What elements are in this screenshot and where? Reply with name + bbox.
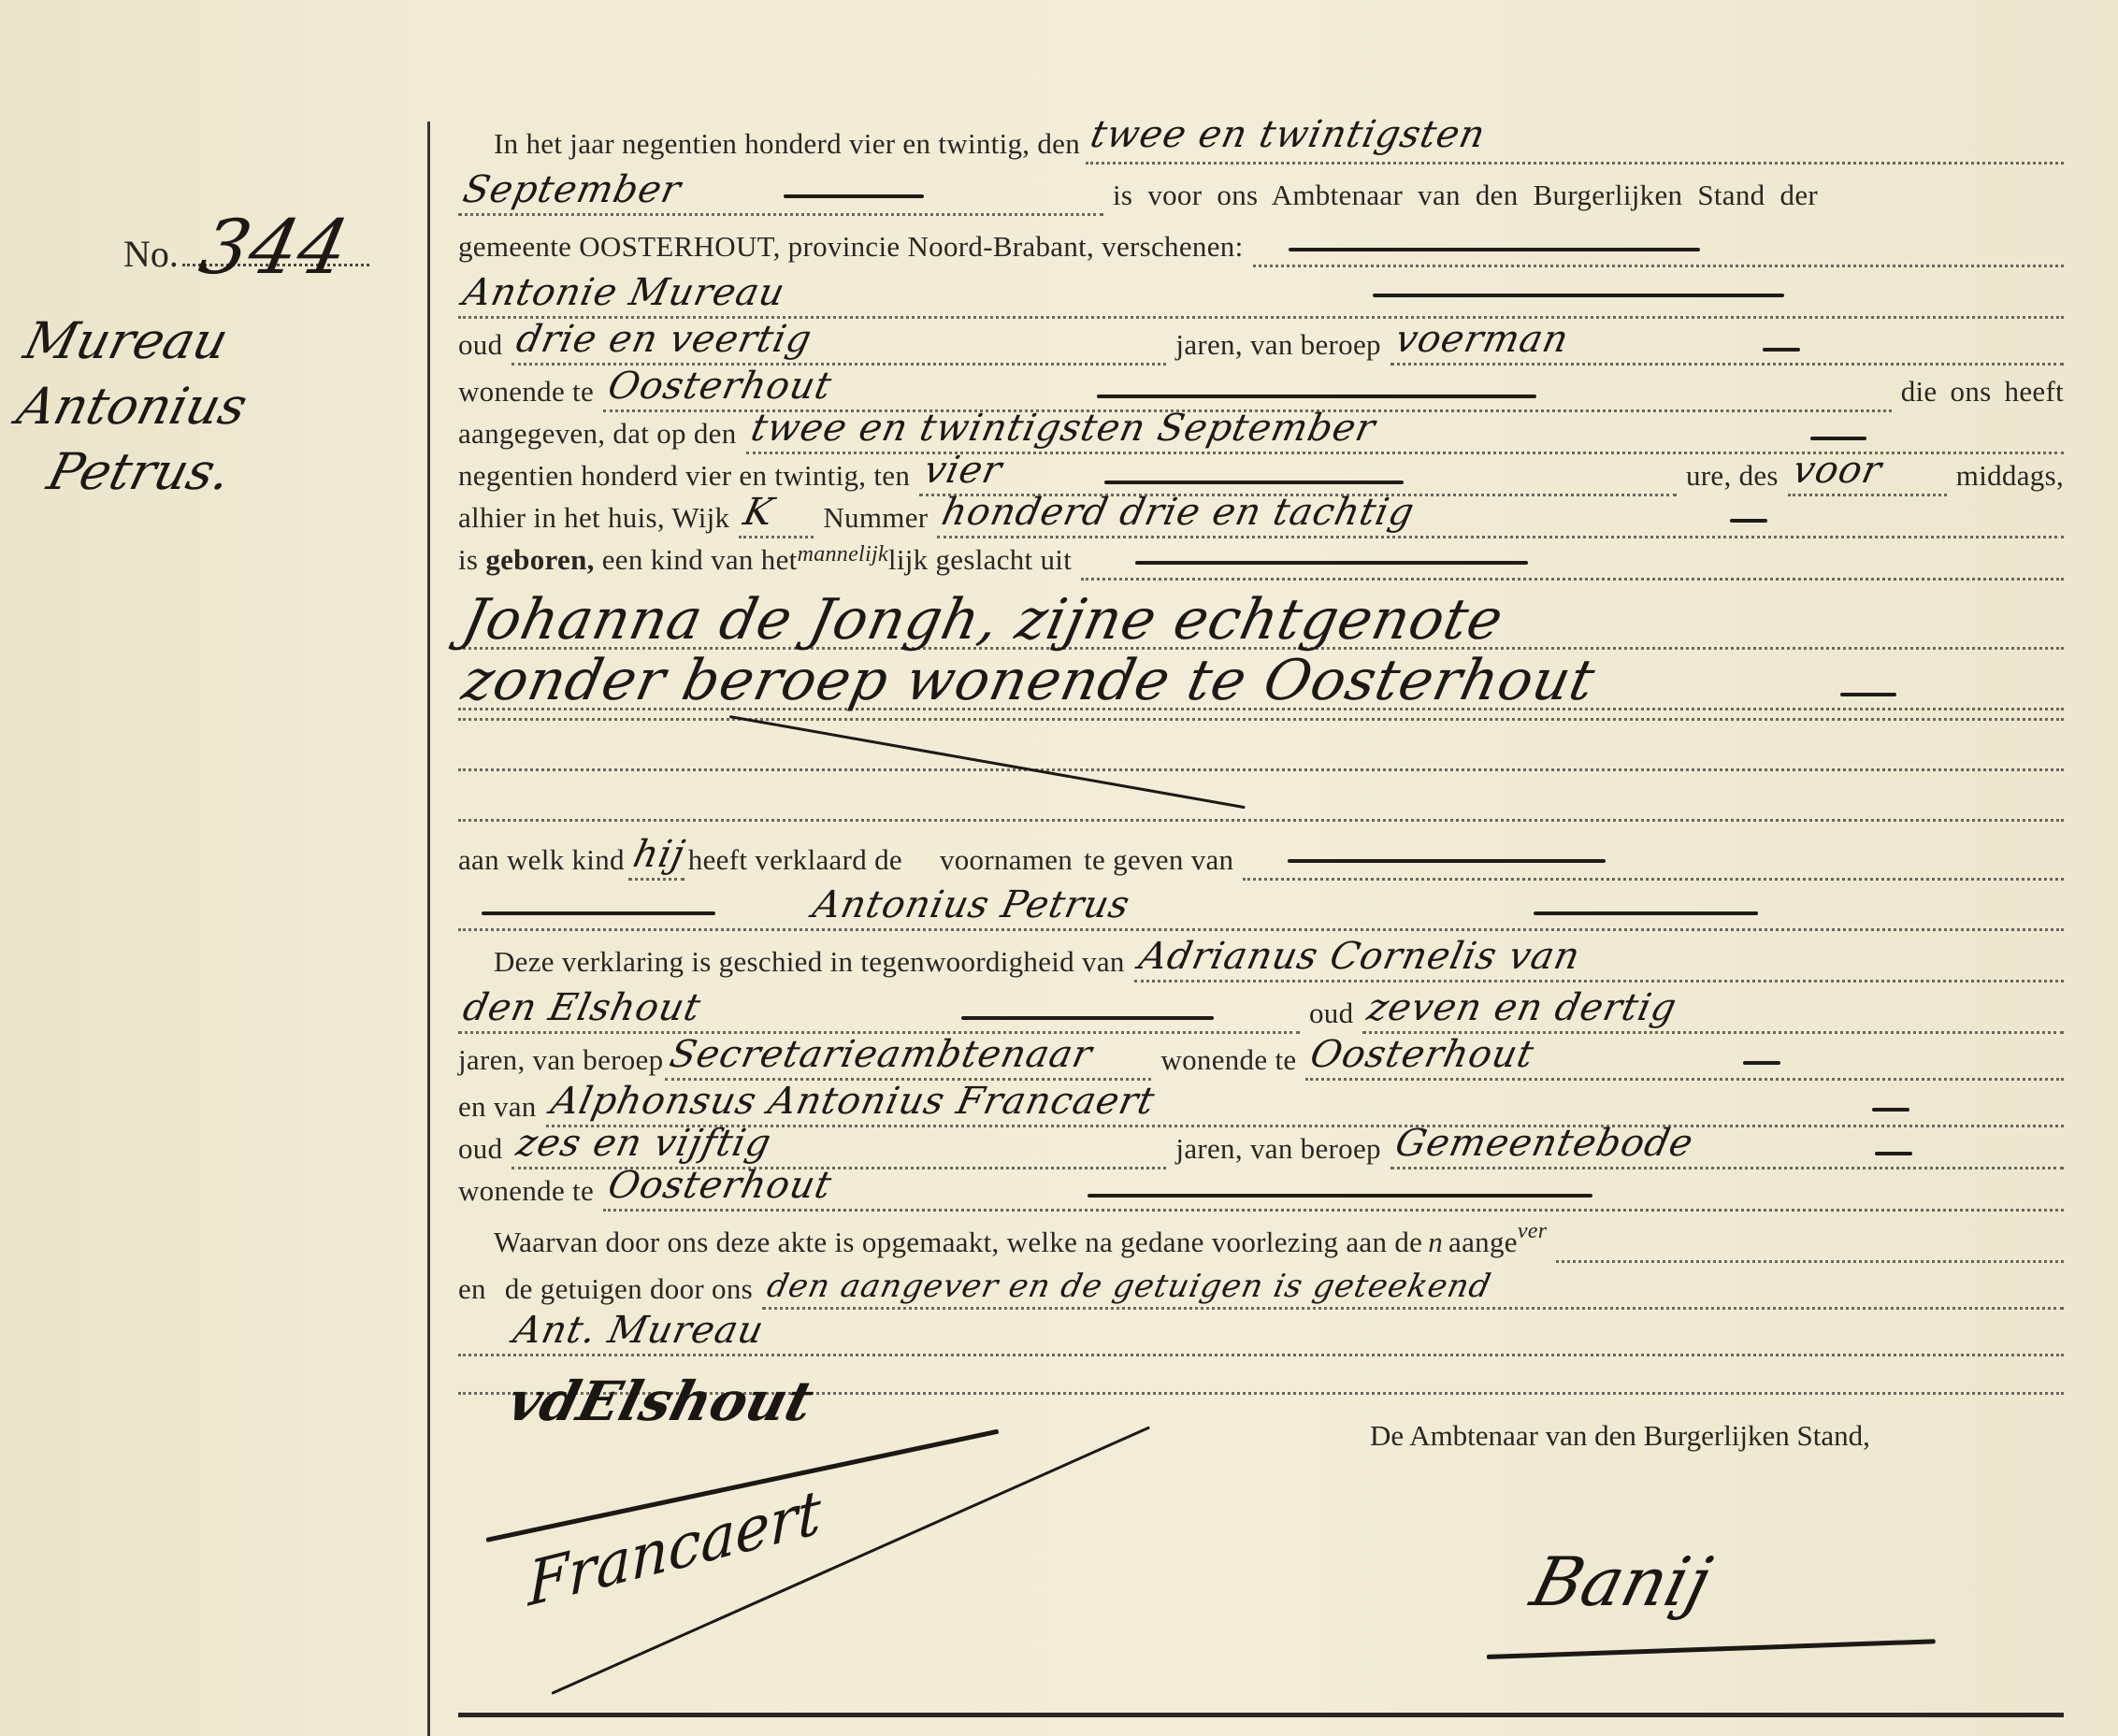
- line-22: en de getuigen door ons den aangever en …: [458, 1267, 2064, 1310]
- line-23: Ant. Mureau: [458, 1313, 2064, 1356]
- line-15: Deze verklaring is geschied in tegenwoor…: [458, 940, 2064, 983]
- line-16: den Elshout oud zeven en dertig: [458, 991, 2064, 1034]
- line-10: is geboren, een kind van het mannelijk l…: [458, 538, 2064, 581]
- line-17: jaren, van beroep Secretarieambtenaar wo…: [458, 1038, 2064, 1081]
- line-12: zonder beroep wonende te Oosterhout: [458, 645, 2064, 710]
- signature-official: Banij: [1524, 1542, 1720, 1621]
- strike-through-stroke: [729, 715, 1246, 809]
- line-1: In het jaar negentien honderd vier en tw…: [458, 122, 2064, 165]
- certificate-page: No. 344 Mureau Antonius Petrus. In het j…: [0, 0, 2118, 1736]
- line-9: alhier in het huis, Wijk K Nummer honder…: [458, 495, 2064, 538]
- margin-rule: [427, 122, 430, 1736]
- line-13: aan welk kind hij heeft verklaard de voo…: [458, 838, 2064, 881]
- line-5: oud drie en veertig jaren, van beroep vo…: [458, 323, 2064, 366]
- line-21: Waarvan door ons deze akte is opgemaakt,…: [458, 1220, 2064, 1263]
- line-2: September is voor ons Ambtenaar van den …: [458, 173, 2064, 216]
- blank-line: [458, 819, 2064, 822]
- margin-note: Mureau Antonius Petrus.: [0, 308, 270, 505]
- blank-line: [458, 718, 2064, 721]
- signature-underline: [1487, 1639, 1936, 1659]
- line-11: Johanna de Jongh, zijne echtgenote: [458, 584, 2064, 650]
- official-label: De Ambtenaar van den Burgerlijken Stand,: [1370, 1419, 1870, 1453]
- record-number: No. 344: [123, 232, 369, 276]
- line-3: gemeente OOSTERHOUT, provincie Noord-Bra…: [458, 224, 2064, 267]
- record-number-value: 344: [193, 204, 356, 291]
- line-4: Antonie Mureau: [458, 276, 2064, 319]
- blank-line: [458, 768, 2064, 771]
- line-14: Antonius Petrus: [458, 888, 2064, 931]
- signature-witness-1: vdElshout: [502, 1370, 820, 1433]
- line-20: wonende te Oosterhout: [458, 1169, 2064, 1212]
- bottom-rule: [458, 1713, 2064, 1717]
